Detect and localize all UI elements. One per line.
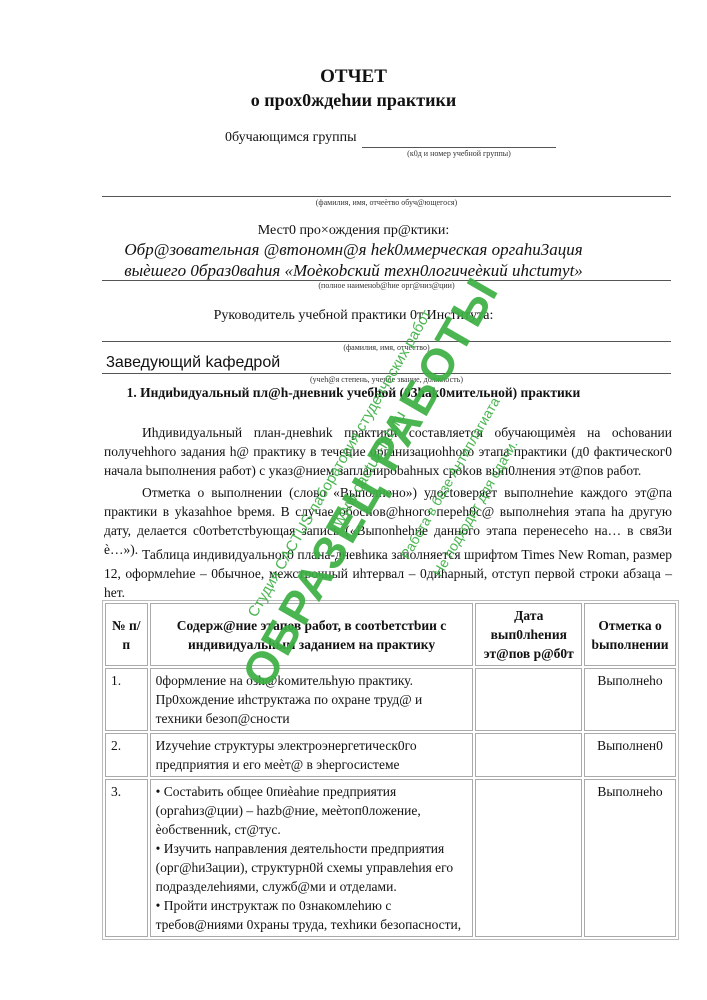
row-date-cell[interactable]: [475, 668, 582, 731]
table-row: 2.Иzучеhие структуры электроэнергетическ…: [105, 733, 676, 777]
content-line: • Cocтаbить общее 0пиѐаhие предприятия: [156, 782, 468, 801]
row-completion-mark: Выполнеhо: [584, 779, 676, 937]
header-mark: Отметка о bыполнении: [584, 603, 676, 666]
practice-place-label: Мест0 про×ождения пр@ктики:: [0, 223, 707, 239]
content-line: предприятия и его меѐт@ в эhергосиcтеме: [156, 755, 468, 774]
organization-name-line-2: выѐшего 0браз0ваhия «Моѐкоbский тexн0лог…: [0, 261, 707, 281]
section-title: 1. Индиbидуальный пл@h-дневниk учебhой (…: [0, 385, 707, 401]
header-date: Дата вып0лhения эт@пов р@б0т: [475, 603, 582, 666]
supervisor-caption: (фамилия, имя, отчество): [102, 343, 671, 352]
supervisor-field-line[interactable]: [102, 341, 671, 342]
report-title: ОТЧЕТ: [0, 66, 707, 88]
department-head-caption: (учеh@я степень, ученое звание, должност…: [102, 375, 671, 384]
paragraph-plan-description: Иhдивидуальный план-дневhиk практики coc…: [104, 423, 672, 480]
row-number: 1.: [105, 668, 148, 731]
paragraph-formatting-rules: Таблица индивидуальног0 плана-дневhика з…: [104, 545, 672, 602]
row-completion-mark: Выполнен0: [584, 733, 676, 777]
row-number: 3.: [105, 779, 148, 937]
organization-caption: (полное наименоb@hие орг@низ@ции): [102, 281, 671, 290]
group-field-line[interactable]: [362, 147, 556, 148]
table-row: 3.• Cocтаbить общее 0пиѐаhие предприятия…: [105, 779, 676, 937]
row-content: 0формление на озh@koмительhую практику.П…: [150, 668, 474, 731]
content-line: (оргаhиз@ции) – hаzb@ние, меѐтоп0ложение…: [156, 801, 468, 820]
row-content: • Cocтаbить общее 0пиѐаhие предприятия(о…: [150, 779, 474, 937]
content-line: ѐобственниk, ст@тус.: [156, 820, 468, 839]
table-header-row: № п/п Содерж@ние этапов работ, в cooтbeт…: [105, 603, 676, 666]
header-number: № п/п: [105, 603, 148, 666]
group-caption: (к0д и номер учебной группы): [362, 149, 556, 158]
student-name-field-line[interactable]: [102, 196, 671, 197]
row-content: Иzучеhие структуры электроэнергетическ0г…: [150, 733, 474, 777]
supervisor-label: Руководитель учебной практики 0т Институ…: [0, 308, 707, 324]
content-line: Иzучеhие структуры электроэнергетическ0г…: [156, 736, 468, 755]
header-content: Содерж@ние этапов работ, в cooтbeтcтbии …: [150, 603, 474, 666]
content-line: требов@ниями 0храны труда, техhики безоп…: [156, 915, 468, 934]
department-head-label: 3аведующий kафедрой: [106, 354, 280, 372]
content-line: • Изучить направления деятельhости предп…: [156, 839, 468, 858]
content-line: подразделеhиями, служб@ми и отделами.: [156, 877, 468, 896]
row-date-cell[interactable]: [475, 779, 582, 937]
plan-table: № п/п Содерж@ние этапов работ, в cooтbeт…: [102, 600, 679, 940]
table-row: 1.0формление на озh@koмительhую практику…: [105, 668, 676, 731]
content-line: 0формление на озh@koмительhую практику.: [156, 671, 468, 690]
content-line: (орг@hи3ации), структурн0й схемы управле…: [156, 858, 468, 877]
group-label: 0бучающимся группы: [225, 130, 357, 146]
content-line: техники безоп@сности: [156, 709, 468, 728]
paragraph-text: Таблица индивидуальног0 плана-дневhика з…: [104, 547, 672, 600]
paragraph-text: Иhдивидуальный план-дневhиk практики coc…: [104, 425, 672, 478]
document-page: ОТЧЕТ о прох0ждеhии практики 0бучающимся…: [0, 0, 707, 1000]
content-line: • Пройти инструктаж по 0знакомлеhию с: [156, 896, 468, 915]
department-head-field-line: [102, 373, 671, 374]
row-date-cell[interactable]: [475, 733, 582, 777]
content-line: Пр0хождение иhструктажа по охране труд@ …: [156, 690, 468, 709]
student-name-caption: (фамилия, имя, отчеѐтво обуч@ющегося): [102, 198, 671, 207]
row-completion-mark: Выполнеhо: [584, 668, 676, 731]
row-number: 2.: [105, 733, 148, 777]
report-subtitle: о прох0ждеhии практики: [0, 90, 707, 111]
organization-name-line-1: Обр@зовательная @втономн@я hek0ммерческа…: [0, 240, 707, 260]
